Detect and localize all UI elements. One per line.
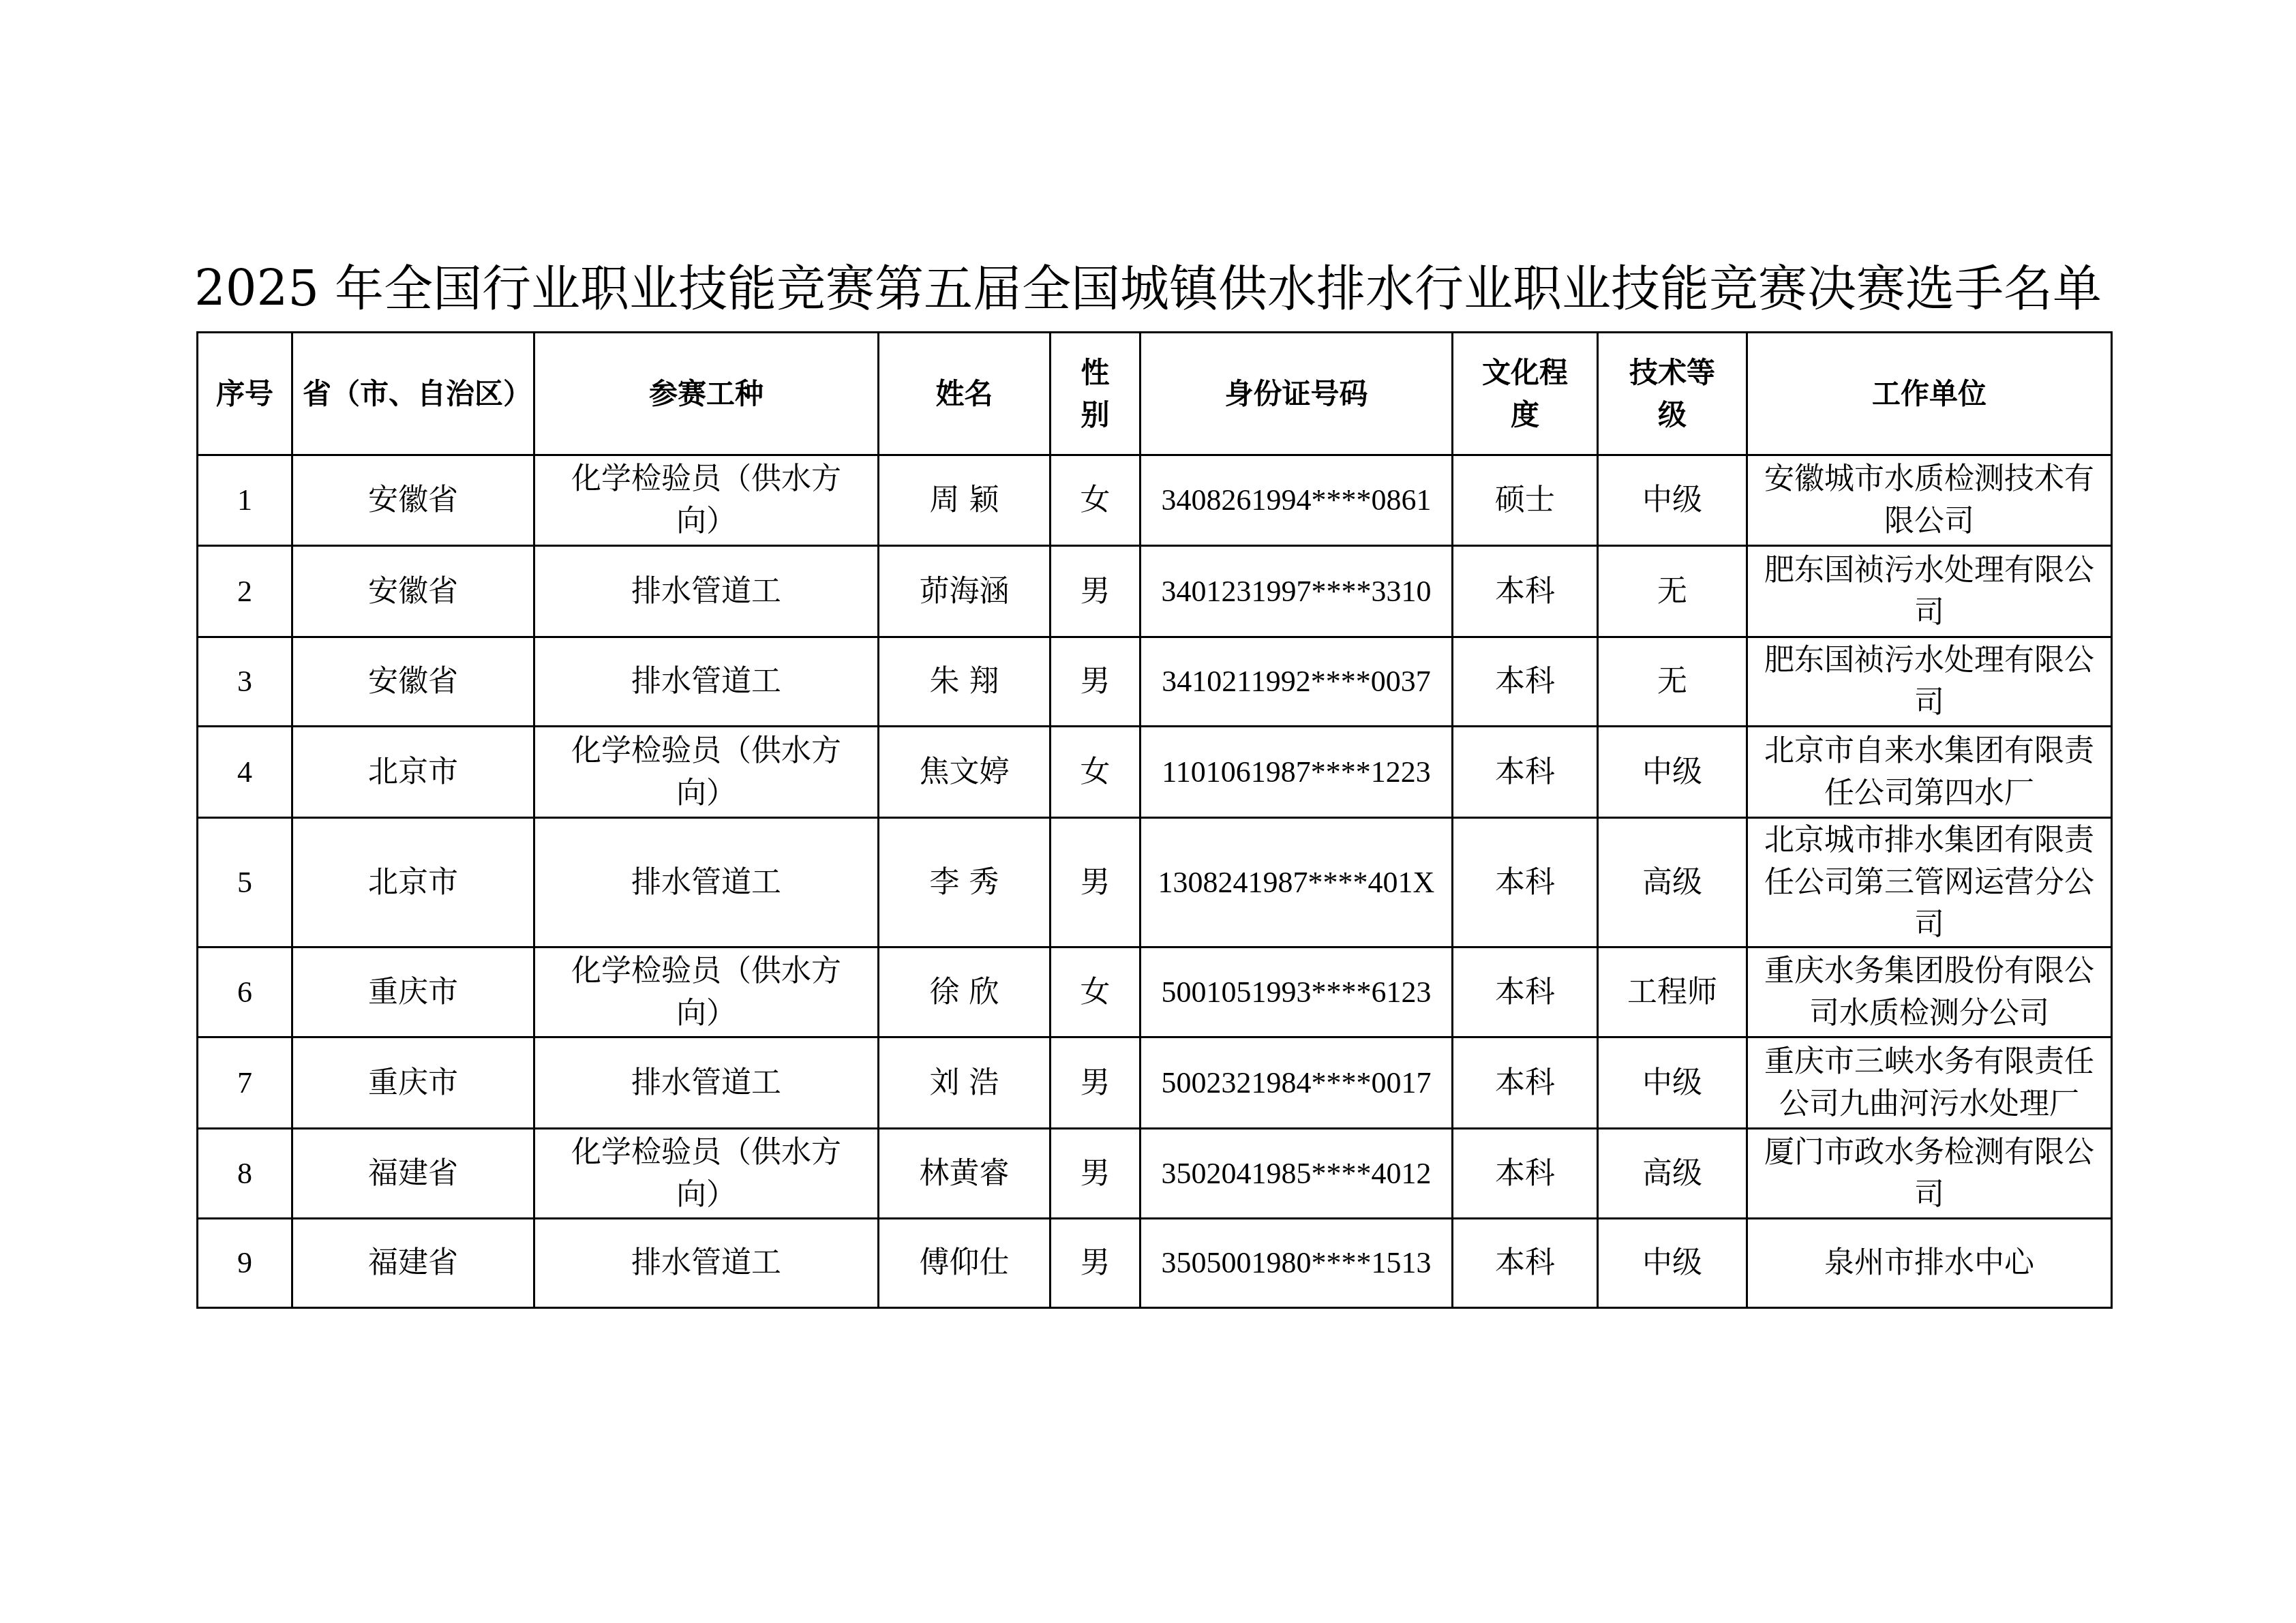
cell-index: 4	[198, 727, 292, 818]
cell-name: 李 秀	[879, 818, 1051, 947]
cell-tech-level: 中级	[1598, 1037, 1747, 1129]
cell-gender: 男	[1051, 637, 1141, 727]
cell-education: 本科	[1453, 1037, 1598, 1129]
cell-id-number: 3401231997****3310	[1141, 546, 1453, 637]
table-row: 4 北京市 化学检验员（供水方向） 焦文婷 女 1101061987****12…	[198, 727, 2112, 818]
cell-province: 福建省	[292, 1219, 534, 1308]
cell-index: 5	[198, 818, 292, 947]
cell-name: 焦文婷	[879, 727, 1051, 818]
cell-gender: 男	[1051, 546, 1141, 637]
cell-province: 安徽省	[292, 546, 534, 637]
cell-education: 本科	[1453, 947, 1598, 1037]
cell-trade: 排水管道工	[534, 1219, 879, 1308]
cell-education: 硕士	[1453, 455, 1598, 546]
cell-gender: 男	[1051, 1037, 1141, 1129]
cell-index: 2	[198, 546, 292, 637]
cell-name: 茆海涵	[879, 546, 1051, 637]
cell-name: 朱 翔	[879, 637, 1051, 727]
header-trade: 参赛工种	[534, 333, 879, 455]
cell-education: 本科	[1453, 1129, 1598, 1219]
cell-trade: 排水管道工	[534, 818, 879, 947]
header-gender: 性别	[1051, 333, 1141, 455]
cell-index: 6	[198, 947, 292, 1037]
cell-name: 林黄睿	[879, 1129, 1051, 1219]
contestant-table: 序号 省（市、自治区） 参赛工种 姓名 性别 身份证号码 文化程度 技术等级 工…	[196, 331, 2113, 1309]
cell-education: 本科	[1453, 818, 1598, 947]
cell-employer: 重庆水务集团股份有限公司水质检测分公司	[1747, 947, 2112, 1037]
cell-employer: 厦门市政水务检测有限公司	[1747, 1129, 2112, 1219]
cell-id-number: 3505001980****1513	[1141, 1219, 1453, 1308]
cell-province: 重庆市	[292, 1037, 534, 1129]
header-index: 序号	[198, 333, 292, 455]
cell-tech-level: 无	[1598, 637, 1747, 727]
cell-trade: 排水管道工	[534, 546, 879, 637]
cell-province: 安徽省	[292, 455, 534, 546]
cell-tech-level: 无	[1598, 546, 1747, 637]
table-row: 9 福建省 排水管道工 傅仰仕 男 3505001980****1513 本科 …	[198, 1219, 2112, 1308]
cell-tech-level: 高级	[1598, 1129, 1747, 1219]
header-employer: 工作单位	[1747, 333, 2112, 455]
cell-employer: 安徽城市水质检测技术有限公司	[1747, 455, 2112, 546]
table-row: 6 重庆市 化学检验员（供水方向） 徐 欣 女 5001051993****61…	[198, 947, 2112, 1037]
table-row: 8 福建省 化学检验员（供水方向） 林黄睿 男 3502041985****40…	[198, 1129, 2112, 1219]
cell-education: 本科	[1453, 1219, 1598, 1308]
header-name: 姓名	[879, 333, 1051, 455]
cell-trade: 排水管道工	[534, 1037, 879, 1129]
cell-name: 徐 欣	[879, 947, 1051, 1037]
header-province: 省（市、自治区）	[292, 333, 534, 455]
cell-id-number: 3410211992****0037	[1141, 637, 1453, 727]
table-row: 5 北京市 排水管道工 李 秀 男 1308241987****401X 本科 …	[198, 818, 2112, 947]
cell-trade: 化学检验员（供水方向）	[534, 947, 879, 1037]
cell-gender: 女	[1051, 455, 1141, 546]
cell-tech-level: 中级	[1598, 727, 1747, 818]
document-title: 2025 年全国行业职业技能竞赛第五届全国城镇供水排水行业职业技能竞赛决赛选手名…	[0, 258, 2296, 319]
cell-trade: 化学检验员（供水方向）	[534, 1129, 879, 1219]
cell-education: 本科	[1453, 637, 1598, 727]
cell-id-number: 1101061987****1223	[1141, 727, 1453, 818]
cell-id-number: 5001051993****6123	[1141, 947, 1453, 1037]
cell-employer: 重庆市三峡水务有限责任公司九曲河污水处理厂	[1747, 1037, 2112, 1129]
header-tech-level: 技术等级	[1598, 333, 1747, 455]
cell-gender: 男	[1051, 1219, 1141, 1308]
cell-trade: 化学检验员（供水方向）	[534, 455, 879, 546]
cell-name: 傅仰仕	[879, 1219, 1051, 1308]
cell-province: 福建省	[292, 1129, 534, 1219]
cell-index: 9	[198, 1219, 292, 1308]
cell-province: 北京市	[292, 727, 534, 818]
cell-education: 本科	[1453, 727, 1598, 818]
cell-tech-level: 工程师	[1598, 947, 1747, 1037]
cell-employer: 北京城市排水集团有限责任公司第三管网运营分公司	[1747, 818, 2112, 947]
cell-id-number: 1308241987****401X	[1141, 818, 1453, 947]
cell-province: 北京市	[292, 818, 534, 947]
cell-gender: 男	[1051, 1129, 1141, 1219]
cell-education: 本科	[1453, 546, 1598, 637]
cell-gender: 男	[1051, 818, 1141, 947]
cell-trade: 排水管道工	[534, 637, 879, 727]
cell-id-number: 5002321984****0017	[1141, 1037, 1453, 1129]
header-id-number: 身份证号码	[1141, 333, 1453, 455]
cell-employer: 泉州市排水中心	[1747, 1219, 2112, 1308]
cell-index: 7	[198, 1037, 292, 1129]
table-row: 2 安徽省 排水管道工 茆海涵 男 3401231997****3310 本科 …	[198, 546, 2112, 637]
cell-tech-level: 中级	[1598, 455, 1747, 546]
cell-index: 8	[198, 1129, 292, 1219]
cell-index: 3	[198, 637, 292, 727]
cell-province: 安徽省	[292, 637, 534, 727]
cell-gender: 女	[1051, 947, 1141, 1037]
header-row: 序号 省（市、自治区） 参赛工种 姓名 性别 身份证号码 文化程度 技术等级 工…	[198, 333, 2112, 455]
table-row: 7 重庆市 排水管道工 刘 浩 男 5002321984****0017 本科 …	[198, 1037, 2112, 1129]
cell-id-number: 3502041985****4012	[1141, 1129, 1453, 1219]
cell-province: 重庆市	[292, 947, 534, 1037]
cell-tech-level: 高级	[1598, 818, 1747, 947]
table-row: 1 安徽省 化学检验员（供水方向） 周 颖 女 3408261994****08…	[198, 455, 2112, 546]
cell-gender: 女	[1051, 727, 1141, 818]
header-education: 文化程度	[1453, 333, 1598, 455]
cell-id-number: 3408261994****0861	[1141, 455, 1453, 546]
cell-employer: 肥东国祯污水处理有限公司	[1747, 546, 2112, 637]
table-row: 3 安徽省 排水管道工 朱 翔 男 3410211992****0037 本科 …	[198, 637, 2112, 727]
cell-index: 1	[198, 455, 292, 546]
cell-trade: 化学检验员（供水方向）	[534, 727, 879, 818]
cell-name: 周 颖	[879, 455, 1051, 546]
cell-employer: 肥东国祯污水处理有限公司	[1747, 637, 2112, 727]
cell-name: 刘 浩	[879, 1037, 1051, 1129]
cell-employer: 北京市自来水集团有限责任公司第四水厂	[1747, 727, 2112, 818]
cell-tech-level: 中级	[1598, 1219, 1747, 1308]
